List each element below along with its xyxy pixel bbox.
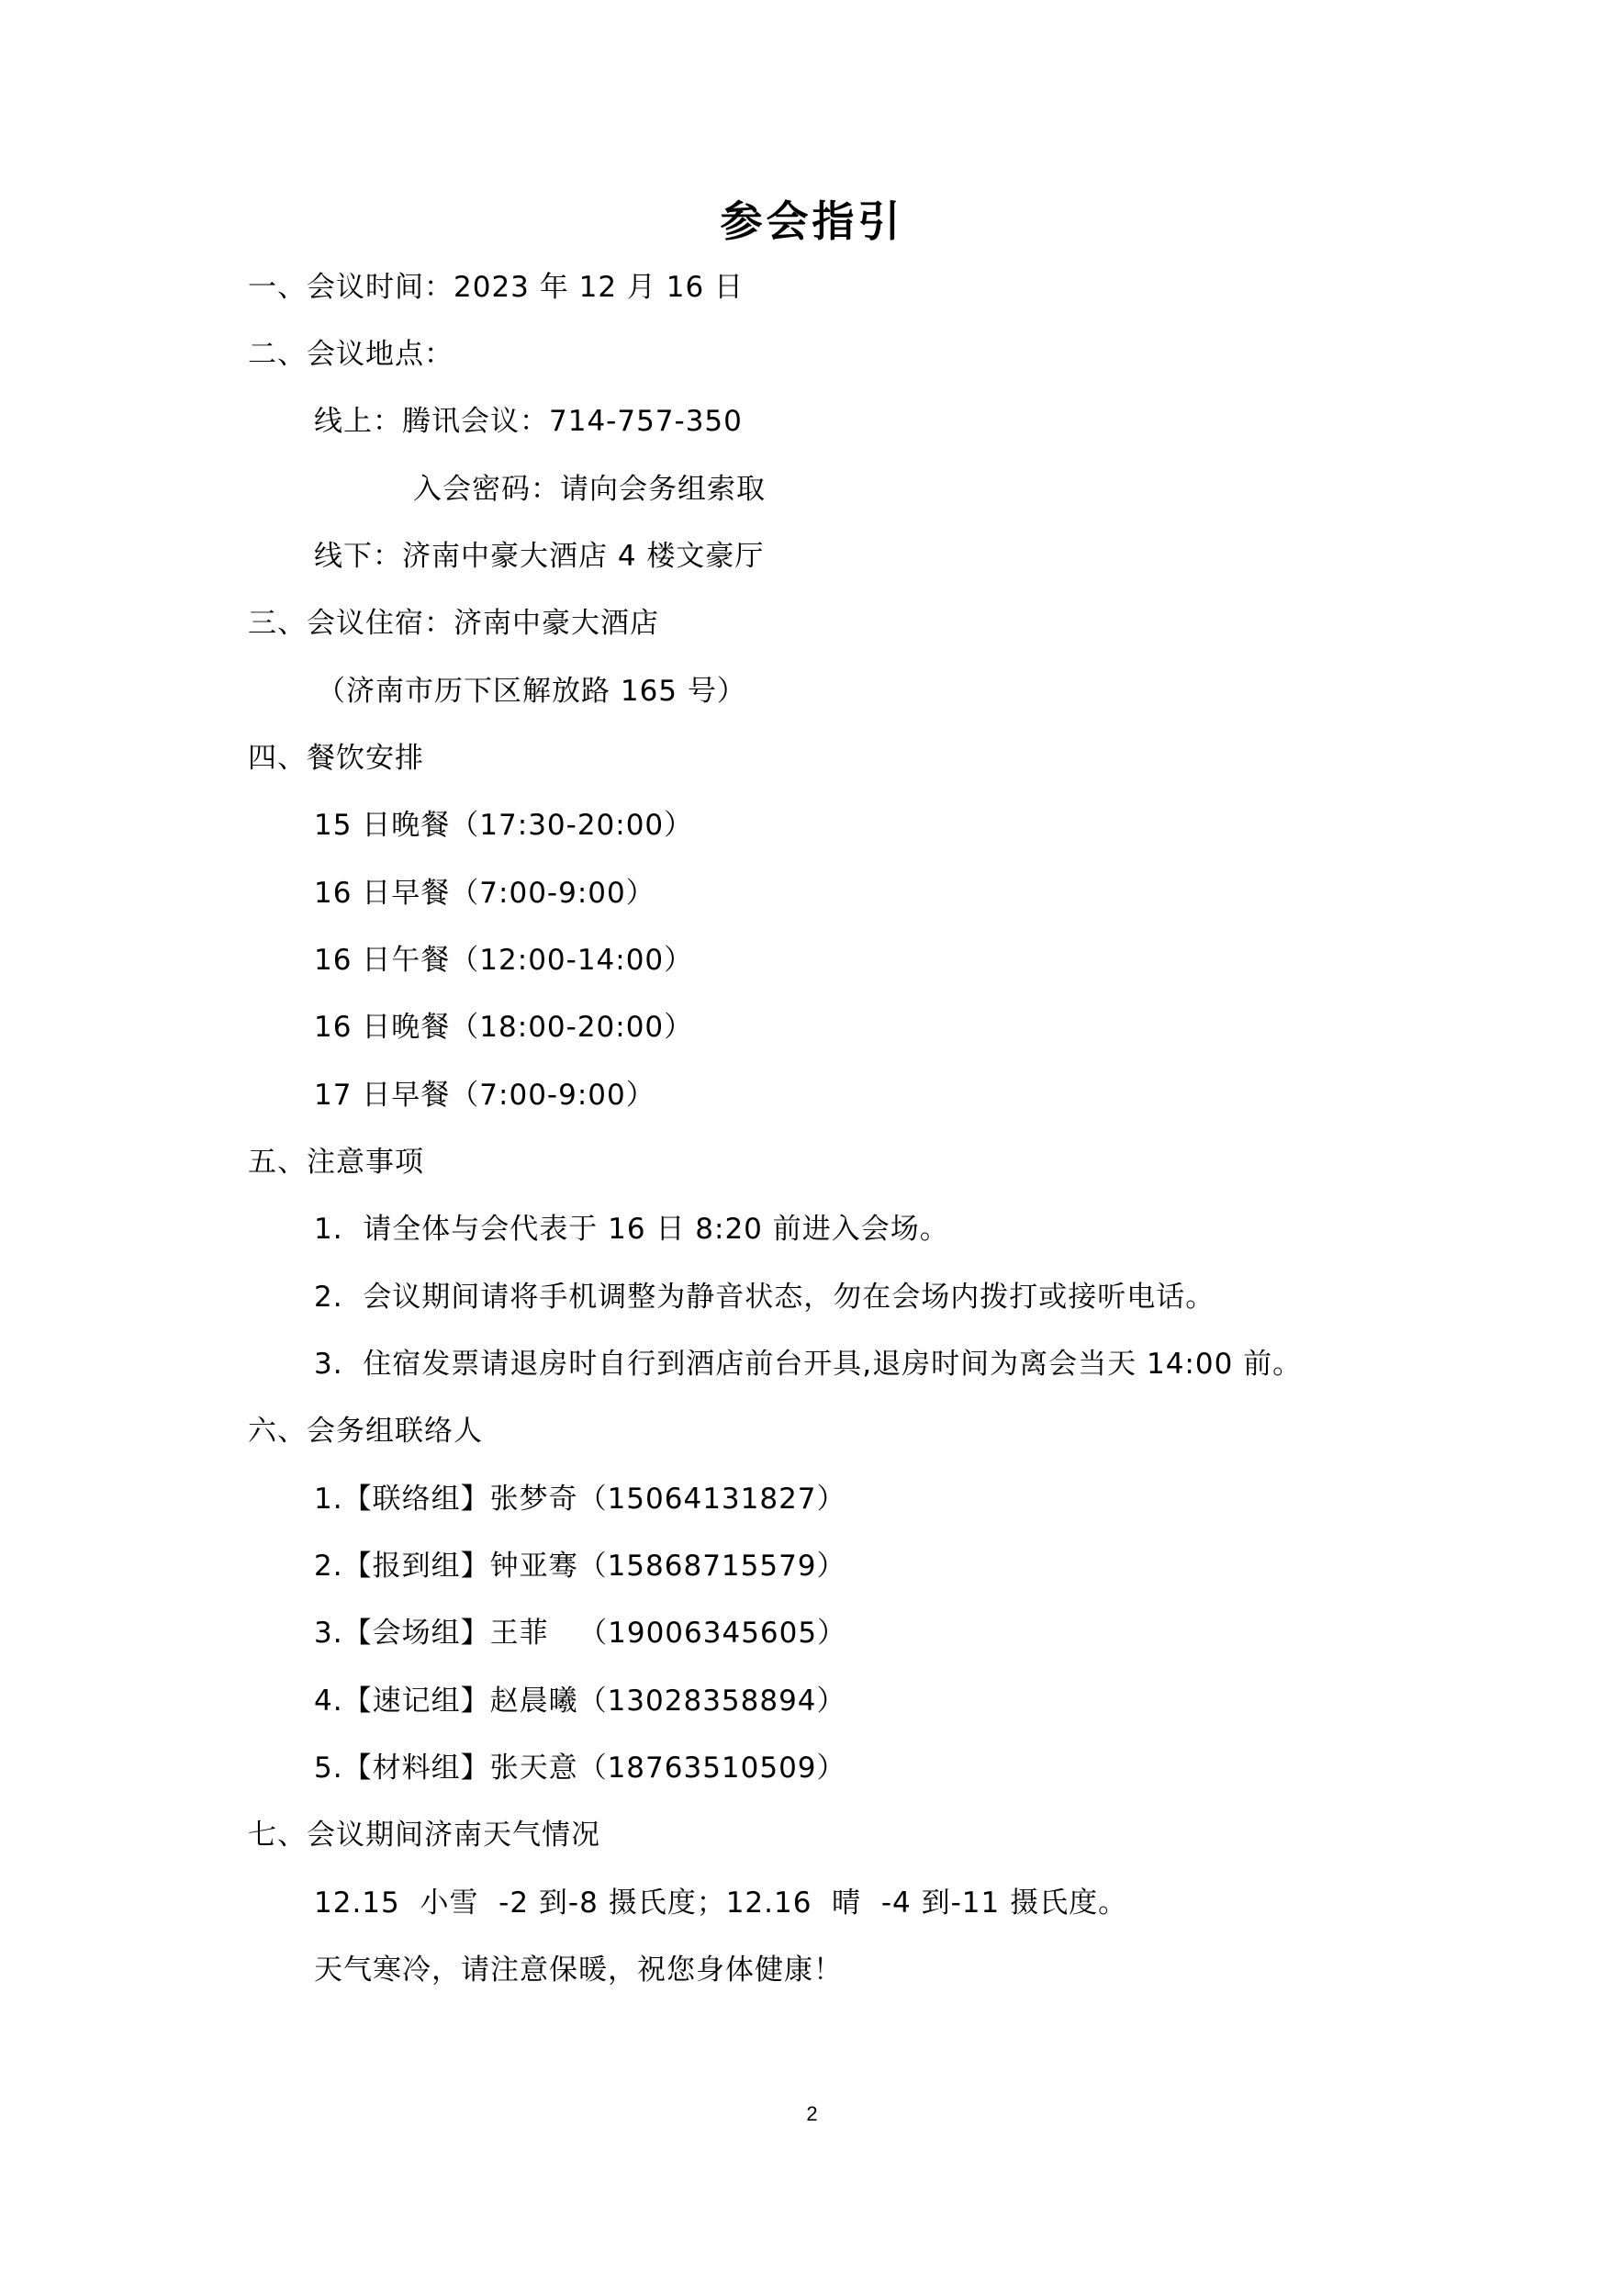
meal-item: 17 日早餐（7:00-9:00） xyxy=(314,1077,655,1114)
weather-heading: 七、会议期间济南天气情况 xyxy=(248,1817,600,1853)
meal-item: 16 日午餐（12:00-14:00） xyxy=(314,942,693,979)
weather-reminder: 天气寒冷，请注意保暖，祝您身体健康！ xyxy=(314,1952,843,1988)
location-online: 线上：腾讯会议：714-757-350 xyxy=(314,403,743,440)
meal-item: 16 日晚餐（18:00-20:00） xyxy=(314,1009,693,1046)
meal-item: 15 日晚餐（17:30-20:00） xyxy=(314,807,693,844)
lodging-heading: 三、会议住宿：济南中豪大酒店 xyxy=(248,605,659,642)
contacts-heading: 六、会务组联络人 xyxy=(248,1413,483,1450)
notes-heading: 五、注意事项 xyxy=(248,1144,424,1181)
meals-heading: 四、餐饮安排 xyxy=(248,740,424,777)
lodging-address: （济南市历下区解放路 165 号） xyxy=(317,673,746,710)
meal-item: 16 日早餐（7:00-9:00） xyxy=(314,875,655,912)
contact-item: 4.【速记组】赵晨曦（13028358894） xyxy=(314,1683,846,1719)
location-offline: 线下：济南中豪大酒店 4 楼文豪厅 xyxy=(314,538,764,575)
contact-item: 1.【联络组】张梦奇（15064131827） xyxy=(314,1481,846,1517)
note-item: 3. 住宿发票请退房时自行到酒店前台开具,退房时间为离会当天 14:00 前。 xyxy=(314,1346,1302,1383)
location-heading: 二、会议地点： xyxy=(248,336,454,373)
note-item: 2. 会议期间请将手机调整为静音状态，勿在会场内拨打或接听电话。 xyxy=(314,1279,1215,1315)
contact-item: 5.【材料组】张天意（18763510509） xyxy=(314,1750,846,1786)
page-number: 2 xyxy=(0,2102,1624,2126)
weather-forecast: 12.15 小雪 -2 到-8 摄氏度；12.16 晴 -4 到-11 摄氏度。 xyxy=(314,1885,1127,1921)
contact-item: 2.【报到组】钟亚骞（15868715579） xyxy=(314,1548,846,1584)
location-password: 入会密码：请向会务组索取 xyxy=(413,471,766,508)
meeting-time: 一、会议时间：2023 年 12 月 16 日 xyxy=(248,269,744,306)
note-item: 1. 请全体与会代表于 16 日 8:20 前进入会场。 xyxy=(314,1211,949,1248)
contact-item: 3.【会场组】王菲 （19006345605） xyxy=(314,1615,846,1651)
page-title: 参会指引 xyxy=(0,188,1624,249)
